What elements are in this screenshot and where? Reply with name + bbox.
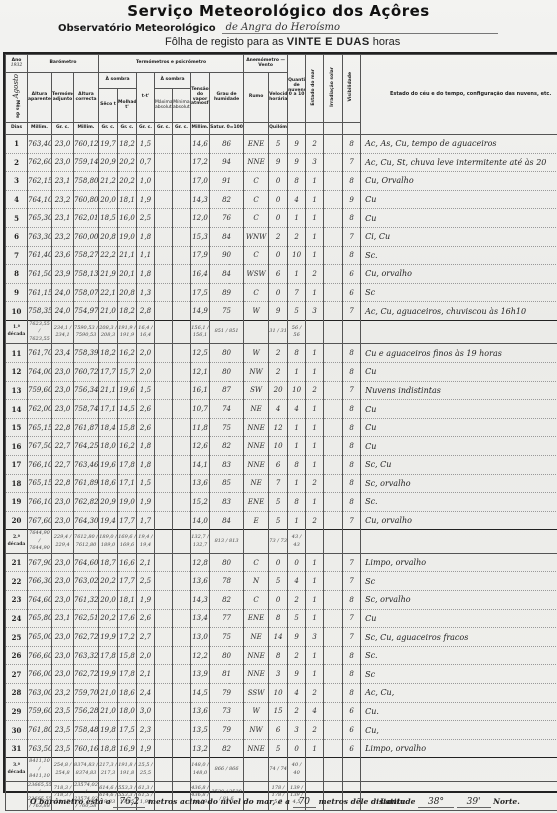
altura-correcta-cell: 760,72 bbox=[74, 363, 99, 382]
clouds-cell: 2 bbox=[288, 702, 306, 721]
solar-irradiation-cell bbox=[324, 283, 343, 302]
sky-state-cell: Cu bbox=[361, 209, 557, 228]
t-diff-cell: 2,0 bbox=[137, 363, 155, 382]
t-diff-cell: 2,4 bbox=[137, 684, 155, 703]
vapor-tension-cell: 13,2 bbox=[191, 739, 210, 758]
altura-correcta-cell: 759,70 bbox=[74, 684, 99, 703]
unit-gr: Gr. c. bbox=[118, 123, 137, 135]
termometro-adjunto-cell: 23,0 bbox=[52, 572, 74, 591]
visibility-cell: 7 bbox=[343, 511, 361, 530]
visibility-cell: 8 bbox=[343, 172, 361, 191]
visibility-cell: 7 bbox=[343, 381, 361, 400]
wet-bulb-header: Molhado t' bbox=[118, 89, 137, 123]
solar-irradiation-cell bbox=[324, 665, 343, 684]
vapor-tension-cell: 13,6 bbox=[191, 702, 210, 721]
t-diff-cell: 1,7 bbox=[137, 511, 155, 530]
altura-aparente-cell: 766,30 bbox=[28, 572, 52, 591]
visibility-cell: 8 bbox=[343, 665, 361, 684]
sky-state-cell: Sc. bbox=[361, 493, 557, 512]
wind-speed-cell: 8 bbox=[269, 646, 288, 665]
wind-direction-cell: NNE bbox=[244, 437, 269, 456]
wind-speed-cell: 6 bbox=[269, 721, 288, 740]
clouds-cell: 2 bbox=[288, 591, 306, 610]
altura-correcta-cell: 758,13 bbox=[74, 265, 99, 284]
altura-correcta-cell: 762,01 bbox=[74, 209, 99, 228]
humidity-cell: 83 bbox=[210, 493, 244, 512]
termometro-adjunto-cell: 23,0 bbox=[52, 400, 74, 419]
wet-bulb-cell: 18,2 bbox=[118, 135, 137, 154]
sea-state-cell: 2 bbox=[306, 381, 324, 400]
day-number: 5 bbox=[6, 209, 28, 228]
sea-state-cell: 1 bbox=[306, 363, 324, 382]
vapor-tension-cell: 12,8 bbox=[191, 553, 210, 572]
wet-bulb-cell: 20,2 bbox=[118, 153, 137, 172]
decade-summary-row: 2.ª década7644,90 / 7644,90229,4 / 229,4… bbox=[6, 530, 557, 554]
table-row: 28763,0023,2759,7021,018,62,414,579SSW10… bbox=[6, 684, 557, 703]
altura-aparente-cell: 765,30 bbox=[28, 209, 52, 228]
vapor-tension-cell: 13,4 bbox=[191, 609, 210, 628]
day-number: 3 bbox=[6, 172, 28, 191]
termometro-adjunto-cell: 23,5 bbox=[52, 702, 74, 721]
wet-bulb-cell: 19,0 bbox=[118, 227, 137, 246]
wind-speed-cell: 0 bbox=[269, 246, 288, 265]
altura-aparente-cell: 761,40 bbox=[28, 246, 52, 265]
dry-bulb-cell: 20,2 bbox=[99, 572, 118, 591]
altura-correcta-cell: 760,16 bbox=[74, 739, 99, 758]
wind-speed-cell: 7 bbox=[269, 474, 288, 493]
table-row: 29759,6023,5756,2821,018,03,013,673W1524… bbox=[6, 702, 557, 721]
day-number: 4 bbox=[6, 190, 28, 209]
termometro-adjunto-cell: 23,0 bbox=[52, 628, 74, 647]
t-diff-cell: 2,6 bbox=[137, 609, 155, 628]
dry-bulb-header: Sêco t bbox=[99, 89, 118, 123]
sky-state-header: Estado do céu e do tempo, configuração d… bbox=[361, 55, 557, 135]
day-number: 23 bbox=[6, 591, 28, 610]
max-temp-cell bbox=[155, 646, 173, 665]
wind-speed-cell: 73 / 73 bbox=[269, 530, 288, 554]
humidity-cell: 82 bbox=[210, 437, 244, 456]
max-temp-cell bbox=[155, 702, 173, 721]
altura-correcta-cell: 756,28 bbox=[74, 702, 99, 721]
register-sheet: Serviço Meteorológico dos Açôres Observa… bbox=[0, 0, 557, 813]
vapor-tension-cell: 14,0 bbox=[191, 511, 210, 530]
wind-speed-cell: 10 bbox=[269, 684, 288, 703]
unit-blank bbox=[306, 123, 324, 135]
sky-state-cell: Cu, Orvalho bbox=[361, 172, 557, 191]
dry-bulb-cell: 189,0 / 189,0 bbox=[99, 530, 118, 554]
dry-bulb-cell: 19,9 bbox=[99, 665, 118, 684]
vapor-tension-cell: 12,5 bbox=[191, 344, 210, 363]
max-temp-cell bbox=[155, 135, 173, 154]
visibility-cell: 8 bbox=[343, 400, 361, 419]
t-diff-cell: 2,6 bbox=[137, 400, 155, 419]
solar-irradiation-cell bbox=[324, 437, 343, 456]
termometro-adjunto-cell: 22,8 bbox=[52, 474, 74, 493]
vapor-tension-cell: 156,1 / 156,1 bbox=[191, 320, 210, 344]
wind-speed-cell: 10 bbox=[269, 437, 288, 456]
visibility-cell: 8 bbox=[343, 135, 361, 154]
table-row: 30761,8023,5758,4819,817,52,313,579NW632… bbox=[6, 721, 557, 740]
dry-bulb-cell: 18,6 bbox=[99, 474, 118, 493]
wet-bulb-cell: 169,6 / 169,6 bbox=[118, 530, 137, 554]
altura-aparente-cell: 762,00 bbox=[28, 400, 52, 419]
altura-correcta-cell: 761,87 bbox=[74, 418, 99, 437]
wind-direction-cell bbox=[244, 320, 269, 344]
dry-bulb-cell: 19,4 bbox=[99, 511, 118, 530]
vapor-tension-cell: 14,1 bbox=[191, 456, 210, 475]
humidity-header: Grau de humidade bbox=[210, 73, 244, 123]
dry-bulb-cell: 18,0 bbox=[99, 437, 118, 456]
day-number: 8 bbox=[6, 265, 28, 284]
clouds-cell: 9 bbox=[288, 628, 306, 647]
wet-bulb-cell: 14,5 bbox=[118, 400, 137, 419]
altura-correcta-cell: 764,30 bbox=[74, 511, 99, 530]
sky-state-cell bbox=[361, 758, 557, 782]
solar-irradiation-cell bbox=[324, 493, 343, 512]
altura-correcta-cell: 758,48 bbox=[74, 721, 99, 740]
humidity-cell: 83 bbox=[210, 456, 244, 475]
altura-aparente-cell: 761,80 bbox=[28, 721, 52, 740]
min-temp-cell bbox=[173, 344, 191, 363]
visibility-cell: 7 bbox=[343, 609, 361, 628]
max-temp-cell bbox=[155, 418, 173, 437]
wind-direction-cell: W bbox=[244, 344, 269, 363]
dry-bulb-cell: 217,3 / 217,3 bbox=[99, 758, 118, 782]
altura-correcta-cell: 758,39 bbox=[74, 344, 99, 363]
dry-bulb-cell: 20,2 bbox=[99, 609, 118, 628]
altura-aparente-cell: 766,10 bbox=[28, 493, 52, 512]
wet-bulb-cell: 21,1 bbox=[118, 246, 137, 265]
solar-irradiation-cell bbox=[324, 265, 343, 284]
t-diff-cell: 2,8 bbox=[137, 302, 155, 321]
sea-state-cell: 1 bbox=[306, 665, 324, 684]
wind-direction-cell: C bbox=[244, 283, 269, 302]
termometro-adjunto-cell: 234,1 / 234,1 bbox=[52, 320, 74, 344]
table-row: 18765,1522,8761,8918,617,11,513,685NE712… bbox=[6, 474, 557, 493]
wet-bulb-cell: 18,1 bbox=[118, 591, 137, 610]
wet-bulb-cell: 16,2 bbox=[118, 437, 137, 456]
altura-correcta-cell: 756,34 bbox=[74, 381, 99, 400]
solar-irradiation-cell bbox=[324, 190, 343, 209]
visibility-cell: 8 bbox=[343, 363, 361, 382]
unit-millim: Millim. bbox=[191, 123, 210, 135]
sea-state-cell: 1 bbox=[306, 418, 324, 437]
solar-irradiation-cell bbox=[324, 363, 343, 382]
wet-bulb-cell: 20,2 bbox=[118, 172, 137, 191]
wind-speed-cell: 15 bbox=[269, 702, 288, 721]
dry-bulb-cell: 17,1 bbox=[99, 400, 118, 419]
solar-irradiation-cell bbox=[324, 400, 343, 419]
wind-direction-cell: W bbox=[244, 302, 269, 321]
visibility-cell bbox=[343, 320, 361, 344]
min-temp-cell bbox=[173, 283, 191, 302]
altura-aparente-cell: 767,90 bbox=[28, 553, 52, 572]
solar-irradiation-cell bbox=[324, 739, 343, 758]
dry-bulb-cell: 17,7 bbox=[99, 363, 118, 382]
altura-aparente-header: Altura aparente bbox=[28, 73, 52, 123]
wind-direction-cell: ENE bbox=[244, 493, 269, 512]
unit-days: Dias bbox=[6, 123, 28, 135]
wet-bulb-cell: 15,8 bbox=[118, 646, 137, 665]
dry-bulb-cell: 208,3 / 208,3 bbox=[99, 320, 118, 344]
wind-direction-cell: C bbox=[244, 591, 269, 610]
wind-direction-cell: NNE bbox=[244, 646, 269, 665]
dry-bulb-cell: 20,9 bbox=[99, 153, 118, 172]
altura-correcta-cell: 763,46 bbox=[74, 456, 99, 475]
sea-state-cell: 1 bbox=[306, 646, 324, 665]
wind-speed-cell: 12 bbox=[269, 418, 288, 437]
dry-bulb-cell: 20,0 bbox=[99, 591, 118, 610]
altura-correcta-cell: 762,51 bbox=[74, 609, 99, 628]
wind-speed-cell: 5 bbox=[269, 572, 288, 591]
altura-aparente-cell: 762,60 bbox=[28, 153, 52, 172]
sky-state-cell: Sc, orvalho bbox=[361, 591, 557, 610]
max-temp-cell bbox=[155, 227, 173, 246]
min-temp-cell bbox=[173, 739, 191, 758]
visibility-cell: 8 bbox=[343, 437, 361, 456]
humidity-cell: 84 bbox=[210, 511, 244, 530]
max-temp-cell bbox=[155, 283, 173, 302]
unit-blank bbox=[343, 123, 361, 135]
wet-bulb-cell: 191,9 / 191,9 bbox=[118, 320, 137, 344]
sky-state-cell: Ac, As, Cu, tempo de aguaceiros bbox=[361, 135, 557, 154]
dry-bulb-cell: 21,0 bbox=[99, 302, 118, 321]
barometer-note: O barómetro está a 76,2 metros acima do … bbox=[30, 797, 408, 807]
solar-irradiation-cell bbox=[324, 702, 343, 721]
sea-state-cell: 1 bbox=[306, 456, 324, 475]
visibility-cell: 7 bbox=[343, 553, 361, 572]
wind-direction-cell: NNE bbox=[244, 456, 269, 475]
register-table-frame: Ano1932 Barómetro Termómetros e psicróme… bbox=[3, 52, 557, 793]
t-diff-cell: 2,0 bbox=[137, 646, 155, 665]
visibility-cell: 9 bbox=[343, 190, 361, 209]
visibility-cell: 8 bbox=[343, 684, 361, 703]
solar-irradiation-cell bbox=[324, 381, 343, 400]
wind-speed-cell: 3 bbox=[269, 665, 288, 684]
dry-bulb-cell: 21,9 bbox=[99, 265, 118, 284]
t-diff-cell: 0,7 bbox=[137, 153, 155, 172]
wet-bulb-cell: 18,1 bbox=[118, 190, 137, 209]
visibility-cell: 6 bbox=[343, 265, 361, 284]
wet-bulb-cell: 18,2 bbox=[118, 302, 137, 321]
decade-summary-row: 3.ª década8411,10 / 8411,10254,8 / 254,8… bbox=[6, 758, 557, 782]
min-temp-cell bbox=[173, 646, 191, 665]
min-temp-cell bbox=[173, 665, 191, 684]
sky-state-cell: Sc bbox=[361, 283, 557, 302]
wind-speed-cell: 0 bbox=[269, 553, 288, 572]
unit-quilom: Quilóm. bbox=[269, 123, 288, 135]
max-temp-cell bbox=[155, 739, 173, 758]
day-number: 10 bbox=[6, 302, 28, 321]
clouds-cell: 4 bbox=[288, 190, 306, 209]
termometro-adjunto-cell: 22,8 bbox=[52, 418, 74, 437]
clouds-cell: 7 bbox=[288, 283, 306, 302]
table-row: 19766,1023,0762,8220,919,01,915,283ENE58… bbox=[6, 493, 557, 512]
solar-irradiation-cell bbox=[324, 344, 343, 363]
wind-speed-cell: 5 bbox=[269, 135, 288, 154]
visibility-cell: 6 bbox=[343, 721, 361, 740]
sky-state-cell: Cu bbox=[361, 400, 557, 419]
t-diff-cell: 2,3 bbox=[137, 721, 155, 740]
wind-speed-cell: 20 bbox=[269, 381, 288, 400]
vapor-tension-cell: 12,1 bbox=[191, 363, 210, 382]
shade-extremes-header: À sombra bbox=[155, 73, 191, 89]
min-temp-cell bbox=[173, 227, 191, 246]
wind-direction-cell: SSW bbox=[244, 684, 269, 703]
termometro-adjunto-cell: 23,4 bbox=[52, 344, 74, 363]
termometro-adjunto-cell: 23,0 bbox=[52, 646, 74, 665]
sky-state-cell bbox=[361, 320, 557, 344]
humidity-cell: 75 bbox=[210, 418, 244, 437]
termometro-adjunto-cell: 23,0 bbox=[52, 591, 74, 610]
unit-saturation: Satur. 0=100 bbox=[210, 123, 244, 135]
wind-speed-cell: 0 bbox=[269, 209, 288, 228]
observatory-name: de Angra do Heroísmo bbox=[222, 22, 498, 34]
wind-direction-cell bbox=[244, 758, 269, 782]
humidity-cell: 80 bbox=[210, 646, 244, 665]
sea-state-cell: 2 bbox=[306, 684, 324, 703]
table-row: 7761,4023,6758,2722,221,11,117,990C01018… bbox=[6, 246, 557, 265]
clouds-cell: 1 bbox=[288, 209, 306, 228]
sky-state-cell: Ac, Cu, St, chuva leve intermitente até … bbox=[361, 153, 557, 172]
altura-aparente-cell: 764,60 bbox=[28, 591, 52, 610]
sky-state-cell: Sc. bbox=[361, 246, 557, 265]
wind-direction-cell: NW bbox=[244, 721, 269, 740]
dry-bulb-cell: 19,7 bbox=[99, 135, 118, 154]
dry-bulb-cell: 21,0 bbox=[99, 702, 118, 721]
dry-bulb-cell: 21,1 bbox=[99, 381, 118, 400]
vapor-tension-cell: 16,4 bbox=[191, 265, 210, 284]
humidity-cell: 80 bbox=[210, 553, 244, 572]
solar-irradiation-cell bbox=[324, 456, 343, 475]
t-diff-cell: 2,6 bbox=[137, 418, 155, 437]
max-temp-cell bbox=[155, 530, 173, 554]
sky-state-cell: Cu, bbox=[361, 721, 557, 740]
altura-aparente-cell: 7623,55 / 7623,55 bbox=[28, 320, 52, 344]
clouds-cell: 8 bbox=[288, 172, 306, 191]
vapor-tension-cell: 132,7 / 132,7 bbox=[191, 530, 210, 554]
wind-direction-cell: C bbox=[244, 190, 269, 209]
solar-irradiation-header: Irradiação solar bbox=[324, 55, 343, 123]
unit-gr: Gr. c. bbox=[99, 123, 118, 135]
wind-speed-cell: 9 bbox=[269, 302, 288, 321]
unit-gr: Gr. c. bbox=[155, 123, 173, 135]
wind-direction-cell: NE bbox=[244, 474, 269, 493]
wind-direction-header: Rumo bbox=[244, 73, 269, 123]
altura-correcta-cell: 7612,80 / 7612,80 bbox=[74, 530, 99, 554]
day-number: 27 bbox=[6, 665, 28, 684]
day-number: 20 bbox=[6, 511, 28, 530]
humidity-cell: 80 bbox=[210, 344, 244, 363]
observatory-label: Observatório Meteorológico bbox=[58, 23, 216, 34]
day-number: 6 bbox=[6, 227, 28, 246]
humidity-cell: 81 bbox=[210, 665, 244, 684]
humidity-cell: 75 bbox=[210, 302, 244, 321]
visibility-cell: 7 bbox=[343, 572, 361, 591]
humidity-cell: 75 bbox=[210, 628, 244, 647]
min-temp-cell bbox=[173, 511, 191, 530]
wind-direction-cell: WNW bbox=[244, 227, 269, 246]
min-temp-cell bbox=[173, 418, 191, 437]
vapor-tension-cell: 14,9 bbox=[191, 302, 210, 321]
vapor-tension-cell: 17,9 bbox=[191, 246, 210, 265]
sea-state-cell: 2 bbox=[306, 721, 324, 740]
clouds-cell: 9 bbox=[288, 135, 306, 154]
sea-state-cell: 3 bbox=[306, 302, 324, 321]
altura-aparente-cell: 765,80 bbox=[28, 609, 52, 628]
dry-bulb-cell: 18,2 bbox=[99, 344, 118, 363]
wind-speed-cell: 0 bbox=[269, 172, 288, 191]
vapor-tension-cell: 14,5 bbox=[191, 684, 210, 703]
sea-state-cell: 3 bbox=[306, 628, 324, 647]
wet-bulb-cell: 16,6 bbox=[118, 553, 137, 572]
vapor-tension-cell: 14,3 bbox=[191, 190, 210, 209]
termometro-adjunto-cell: 23,5 bbox=[52, 739, 74, 758]
termometro-adjunto-cell: 23,0 bbox=[52, 511, 74, 530]
clouds-cell: 43 / 43 bbox=[288, 530, 306, 554]
altura-aparente-cell: 762,15 bbox=[28, 172, 52, 191]
max-temp-cell bbox=[155, 474, 173, 493]
t-diff-cell: 1,1 bbox=[137, 246, 155, 265]
clouds-cell: 1 bbox=[288, 511, 306, 530]
table-row: 10758,3524,0754,9721,018,22,814,975W9537… bbox=[6, 302, 557, 321]
unit-gr: Gr. c. bbox=[137, 123, 155, 135]
termometro-adjunto-cell: 23,0 bbox=[52, 363, 74, 382]
wind-direction-cell: C bbox=[244, 172, 269, 191]
altura-correcta-cell: 764,25 bbox=[74, 437, 99, 456]
sea-state-cell: 2 bbox=[306, 511, 324, 530]
clouds-cell: 3 bbox=[288, 721, 306, 740]
day-number: 7 bbox=[6, 246, 28, 265]
altura-correcta-cell: 7590,53 / 7590,53 bbox=[74, 320, 99, 344]
visibility-cell: 7 bbox=[343, 302, 361, 321]
day-number: 19 bbox=[6, 493, 28, 512]
wind-speed-cell: 0 bbox=[269, 283, 288, 302]
visibility-cell: 8 bbox=[343, 246, 361, 265]
day-number: 11 bbox=[6, 344, 28, 363]
sea-state-cell: 1 bbox=[306, 493, 324, 512]
unit-blank bbox=[244, 123, 269, 135]
min-temp-cell bbox=[173, 609, 191, 628]
table-row: 16767,5022,7764,2518,016,21,812,682NNE10… bbox=[6, 437, 557, 456]
humidity-cell: 89 bbox=[210, 283, 244, 302]
wet-bulb-cell: 17,8 bbox=[118, 665, 137, 684]
wet-bulb-cell: 19,6 bbox=[118, 381, 137, 400]
min-temp-cell bbox=[173, 530, 191, 554]
unit-gr: Gr. c. bbox=[52, 123, 74, 135]
solar-irradiation-cell bbox=[324, 511, 343, 530]
vapor-tension-cell: 13,6 bbox=[191, 474, 210, 493]
clouds-cell: 40 / 40 bbox=[288, 758, 306, 782]
visibility-cell: 8 bbox=[343, 591, 361, 610]
humidity-cell: 85 bbox=[210, 474, 244, 493]
altura-aparente-cell: 766,10 bbox=[28, 456, 52, 475]
solar-irradiation-cell bbox=[324, 302, 343, 321]
clouds-cell: 4 bbox=[288, 684, 306, 703]
max-temp-cell bbox=[155, 456, 173, 475]
vapor-tension-cell: 14,6 bbox=[191, 135, 210, 154]
sea-state-cell: 1 bbox=[306, 190, 324, 209]
max-temp-cell bbox=[155, 400, 173, 419]
min-temp-cell bbox=[173, 172, 191, 191]
vapor-tension-cell: 13,5 bbox=[191, 721, 210, 740]
sky-state-cell: Cu, orvalho bbox=[361, 511, 557, 530]
clouds-cell: 2 bbox=[288, 227, 306, 246]
solar-irradiation-cell bbox=[324, 628, 343, 647]
solar-irradiation-cell bbox=[324, 418, 343, 437]
sky-state-cell: Sc, Cu, aguaceiros fracos bbox=[361, 628, 557, 647]
table-row: 26766,6023,0763,3217,815,82,012,280NNE82… bbox=[6, 646, 557, 665]
